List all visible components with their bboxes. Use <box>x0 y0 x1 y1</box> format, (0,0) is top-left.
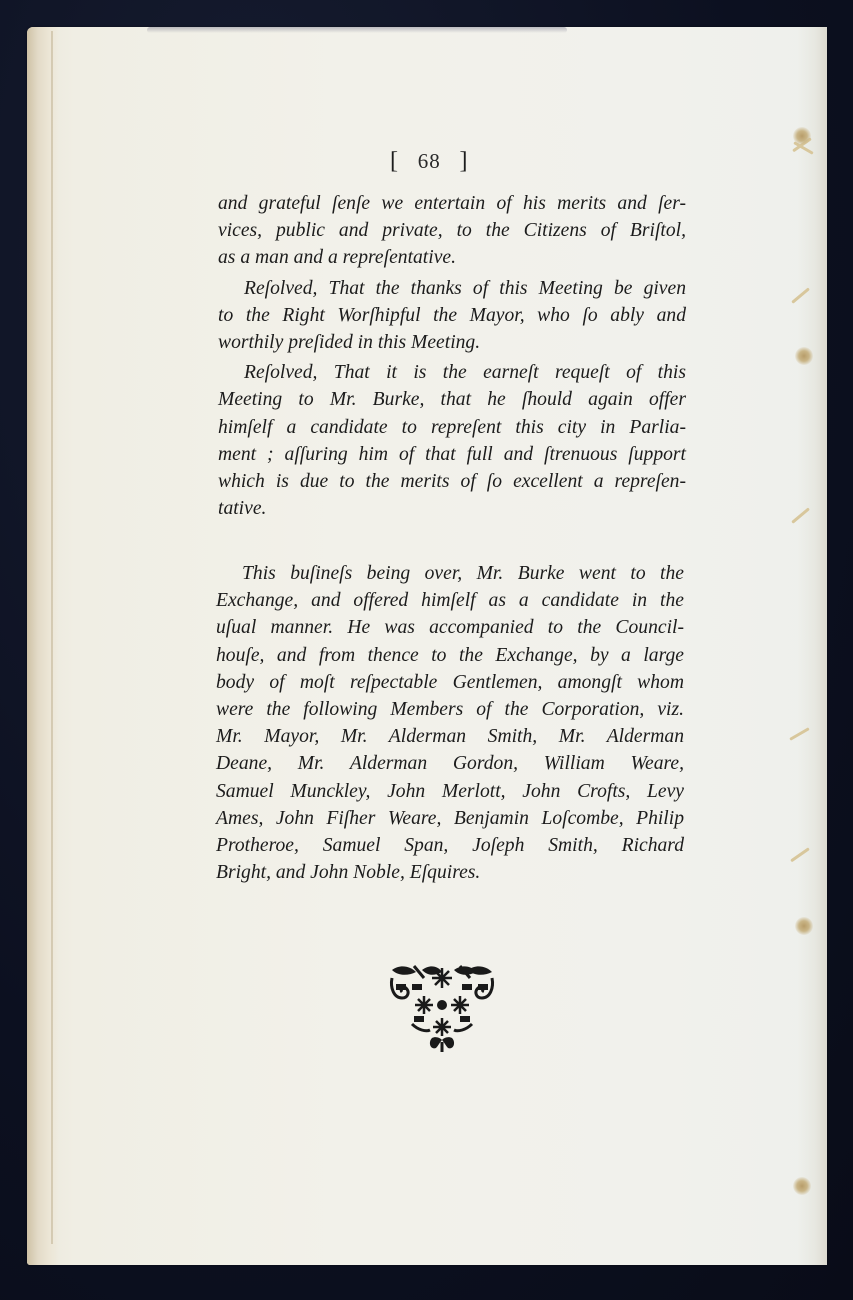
binding-thread <box>790 847 810 862</box>
text-line: Mr. Mayor, Mr. Alderman Smith, Mr. Alder… <box>216 723 684 750</box>
page-number: [ 68 ] <box>390 148 469 175</box>
text-line: Protheroe, Samuel Span, Joſeph Smith, Ri… <box>216 832 684 859</box>
binding-thread <box>791 287 810 303</box>
deckle-edge <box>797 27 827 1265</box>
narrative-block: This buſineſs being over, Mr. Burke went… <box>216 560 684 886</box>
text-line: houſe, and from thence to the Exchange, … <box>216 642 684 669</box>
text-line: Deane, Mr. Alderman Gordon, William Wear… <box>216 750 684 777</box>
page-number-value: 68 <box>418 149 441 173</box>
binding-knot <box>793 127 811 145</box>
text-line: body of moſt reſpectable Gentlemen, amon… <box>216 669 684 696</box>
text-line: worthily preſided in this Meeting. <box>218 329 686 356</box>
text-line: as a man and a repreſentative. <box>218 244 686 271</box>
fleuron-tailpiece-icon <box>388 962 496 1052</box>
text-line: himſelf a candidate to repreſent this ci… <box>218 414 686 441</box>
text-line: Reſolved, That it is the earneſt requeſt… <box>218 359 686 386</box>
gutter-crease <box>51 31 53 1244</box>
text-line: vices, public and private, to the Citize… <box>218 217 686 244</box>
text-line: Ames, John Fiſher Weare, Benjamin Loſcom… <box>216 805 684 832</box>
text-line: uſual manner. He was accompanied to the … <box>216 614 684 641</box>
text-line: which is due to the merits of ſo excelle… <box>218 468 686 495</box>
text-line: ment ; aſſuring him of that full and ſtr… <box>218 441 686 468</box>
text-line: Exchange, and offered himſelf as a candi… <box>216 587 684 614</box>
resolution-mayor-paragraph: Reſolved, That the thanks of this Meetin… <box>218 275 686 357</box>
text-line: This buſineſs being over, Mr. Burke went… <box>216 560 684 587</box>
bracket-close: ] <box>460 148 469 174</box>
binding-thread <box>789 727 810 741</box>
bracket-open: [ <box>390 148 399 174</box>
binding-knot <box>795 347 813 365</box>
continuation-paragraph: and grateful ſenſe we entertain of his m… <box>218 190 686 272</box>
binding-thread <box>791 507 810 523</box>
page-gutter <box>27 27 59 1265</box>
text-line: Reſolved, That the thanks of this Meetin… <box>218 275 686 302</box>
binding-knot <box>795 917 813 935</box>
resolution-burke-paragraph: Reſolved, That it is the earneſt requeſt… <box>218 359 686 522</box>
text-line: Meeting to Mr. Burke, that he ſhould aga… <box>218 386 686 413</box>
resolutions-block: and grateful ſenſe we entertain of his m… <box>218 190 686 522</box>
text-line: Samuel Munckley, John Merlott, John Crof… <box>216 778 684 805</box>
text-line: and grateful ſenſe we entertain of his m… <box>218 190 686 217</box>
text-line: to the Right Worſhipful the Mayor, who ſ… <box>218 302 686 329</box>
narrative-paragraph: This buſineſs being over, Mr. Burke went… <box>216 560 684 886</box>
text-line: were the following Members of the Corpor… <box>216 696 684 723</box>
top-edge-shadow <box>147 27 567 33</box>
text-line: tative. <box>218 495 686 522</box>
binding-knot <box>793 1177 811 1195</box>
text-line: Bright, and John Noble, Eſquires. <box>216 859 684 886</box>
